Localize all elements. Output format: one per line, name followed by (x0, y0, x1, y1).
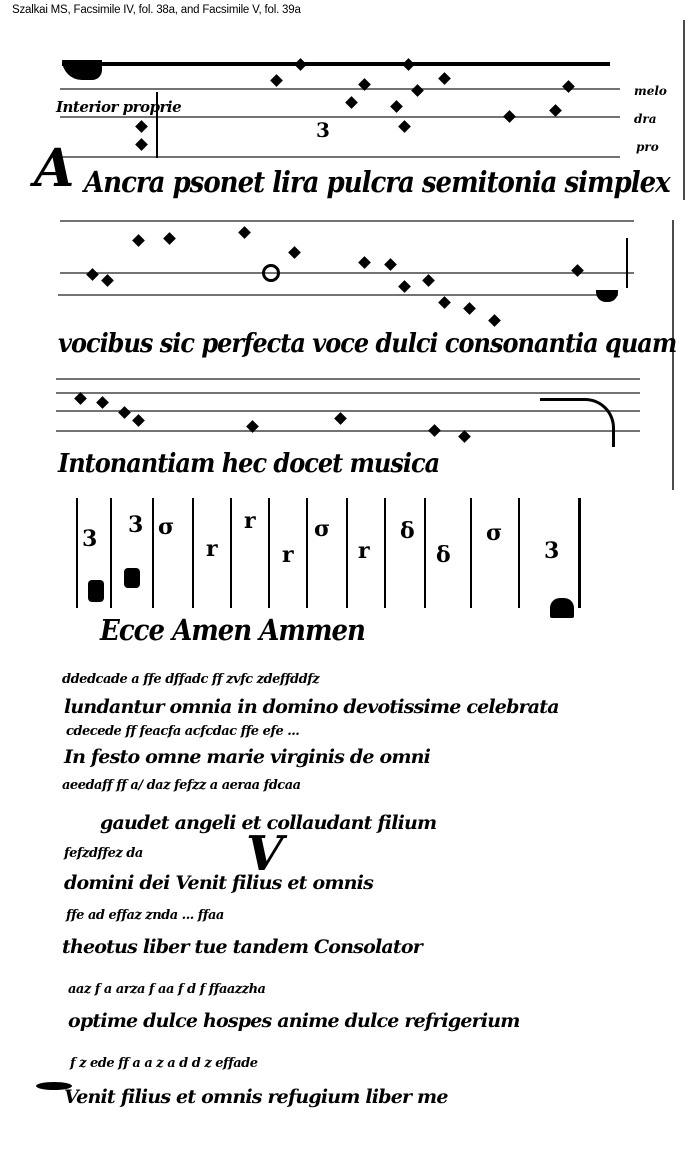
custos-icon (596, 290, 618, 302)
staff-line (56, 392, 640, 394)
staff-line (56, 378, 640, 380)
note-icon (549, 104, 562, 117)
lyric-line-3: Intonantiam hec docet musica (58, 447, 439, 479)
note-icon (288, 246, 301, 259)
note-icon (96, 396, 109, 409)
note-icon (294, 58, 307, 71)
margin-note: pro (636, 140, 659, 154)
text-line-4: domini dei Venit filius et omnis (64, 872, 373, 894)
note-icon (334, 412, 347, 425)
note-icon (238, 226, 251, 239)
text-line-5: theotus liber tue tandem Consolator (62, 936, 422, 958)
upper-text: Interior proprie (56, 98, 181, 116)
note-icon (422, 274, 435, 287)
mensuration-sign: 3 (316, 118, 330, 142)
note-icon (132, 414, 145, 427)
facsimile-page: 3 Interior proprie A Ancra psonet lira p… (0, 20, 692, 1152)
staff-line (58, 294, 618, 296)
flourish-icon (36, 1082, 72, 1090)
text-line-1: lundantur omnia in domino devotissime ce… (64, 696, 559, 718)
note-icon (438, 296, 451, 309)
note-icon (398, 280, 411, 293)
note-icon (503, 110, 516, 123)
staff-line (62, 62, 610, 66)
page-edge (672, 220, 674, 490)
open-note-icon (262, 264, 280, 282)
staff-line (60, 156, 620, 158)
small-text-line: aeedaff ff a/ daz fefzz a aeraa fdcaa (62, 778, 301, 793)
note-icon (458, 430, 471, 443)
lyric-line-2: vocibus sic perfecta voce dulci consonan… (58, 327, 676, 359)
staff-line (60, 88, 620, 90)
note-stem (626, 238, 628, 288)
note-icon (402, 58, 415, 71)
note-icon (488, 314, 501, 327)
note-icon (163, 232, 176, 245)
note-icon (132, 234, 145, 247)
flourish-icon (540, 398, 615, 447)
small-text-line: ffe ad effaz znda ... ffaa (66, 908, 224, 923)
note-icon (135, 138, 148, 151)
note-icon (135, 120, 148, 133)
note-icon (562, 80, 575, 93)
tablature-grid: 3 3 σ r r r σ r δ δ σ 3 (74, 498, 584, 618)
clef-icon (62, 60, 102, 80)
text-line-6: optime dulce hospes anime dulce refriger… (68, 1010, 520, 1032)
note-icon (438, 72, 451, 85)
rest-icon (550, 598, 574, 618)
note-icon (463, 302, 476, 315)
text-line-2: In festo omne marie virginis de omni (64, 746, 430, 768)
note-icon (411, 84, 424, 97)
note-icon (358, 256, 371, 269)
note-icon (390, 100, 403, 113)
note-icon (118, 406, 131, 419)
staff-line (60, 116, 620, 118)
page-edge (683, 20, 685, 200)
text-line-7: Venit filius et omnis refugium liber me (64, 1086, 448, 1108)
note-icon (74, 392, 87, 405)
note-icon (384, 258, 397, 271)
note-icon (345, 96, 358, 109)
rest-icon (88, 580, 104, 602)
note-icon (101, 274, 114, 287)
staff-line (60, 220, 634, 222)
tablature-text: Ecce Amen Ammen (100, 615, 365, 648)
note-icon (428, 424, 441, 437)
margin-note: melo (634, 84, 667, 98)
staff-line (60, 272, 634, 274)
note-icon (86, 268, 99, 281)
note-icon (270, 74, 283, 87)
small-text-line: fefzdffez da (64, 846, 143, 861)
lyric-line-1: Ancra psonet lira pulcra semitonia simpl… (84, 167, 670, 200)
note-icon (398, 120, 411, 133)
small-text-line: cdecede ff feacfa acfcdac ffe efe ... (66, 724, 299, 739)
rest-icon (124, 568, 140, 588)
small-text-line: f z ede ff a a z a d d z effade (70, 1056, 258, 1071)
small-text-line: aaz f a arza f aa f d f ffaazzha (68, 982, 265, 997)
small-text-line: ddedcade a ffe dffadc ff zvfc zdeffddfz (62, 672, 319, 687)
margin-note: dra (634, 112, 657, 126)
note-icon (571, 264, 584, 277)
initial-letter-a: A (34, 138, 74, 199)
caption: Szalkai MS, Facsimile IV, fol. 38a, and … (12, 4, 301, 16)
